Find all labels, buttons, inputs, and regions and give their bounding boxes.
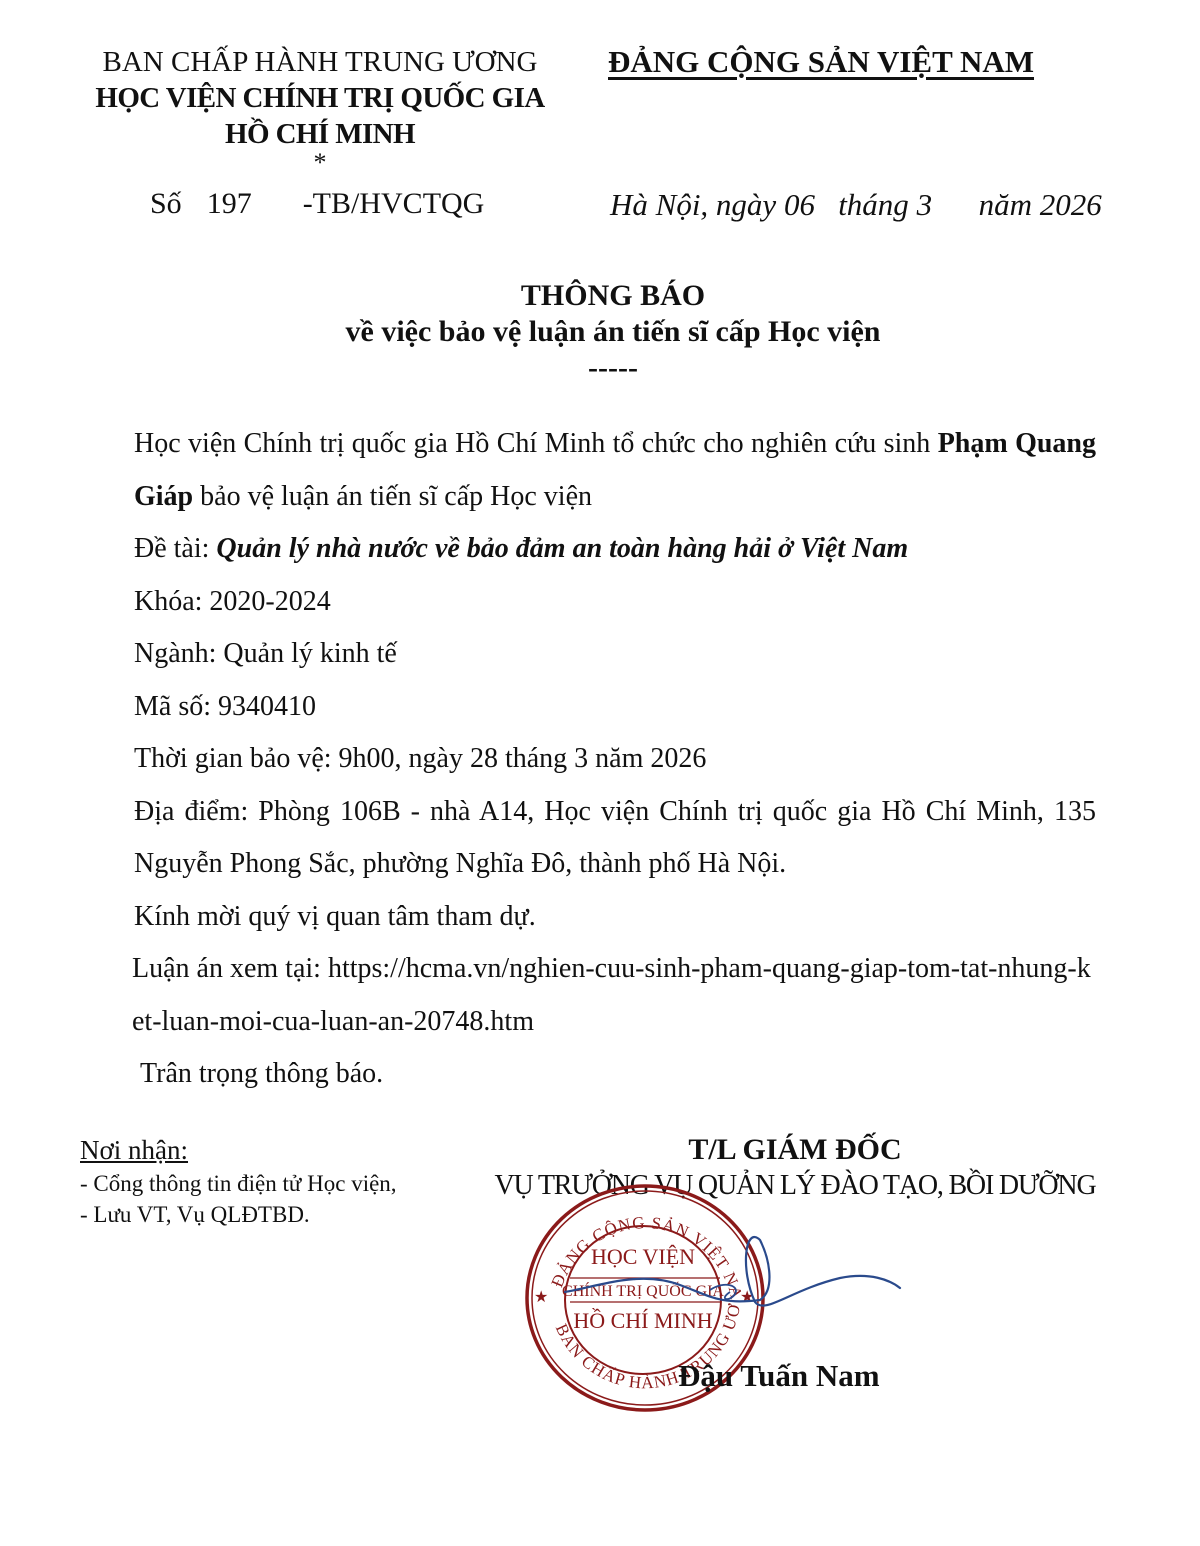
date-month: 3 <box>917 187 933 222</box>
intro-paragraph: Học viện Chính trị quốc gia Hồ Chí Minh … <box>76 418 1096 523</box>
org-parent: BAN CHẤP HÀNH TRUNG ƯƠNG <box>60 44 580 80</box>
thesis-link-paragraph: Luận án xem tại: https://hcma.vn/nghien-… <box>76 943 1096 1048</box>
recipients-block: Nơi nhận: - Cổng thông tin điện tử Học v… <box>80 1132 397 1230</box>
signer-name: Đậu Tuấn Nam <box>678 1358 880 1394</box>
doc-number-prefix: Số <box>150 187 182 221</box>
handwritten-signature-icon <box>560 1230 920 1350</box>
issue-date: Hà Nội, ngày 06 tháng 3 năm 2026 <box>610 187 1102 223</box>
course-line: Khóa: 2020-2024 <box>76 576 1096 629</box>
recipient-item: - Cổng thông tin điện tử Học viện, <box>80 1168 397 1199</box>
doc-number-value: 197 <box>207 187 252 221</box>
date-day: 06 <box>784 187 815 222</box>
document-number: Số 197 -TB/HVCTQG <box>150 187 484 221</box>
recipient-item: - Lưu VT, Vụ QLĐTBD. <box>80 1199 397 1230</box>
issuing-organization: BAN CHẤP HÀNH TRUNG ƯƠNG HỌC VIỆN CHÍNH … <box>60 44 580 174</box>
document-body: Học viện Chính trị quốc gia Hồ Chí Minh … <box>76 418 1096 1101</box>
date-year-label: năm <box>979 187 1032 222</box>
org-name-line1: HỌC VIỆN CHÍNH TRỊ QUỐC GIA <box>60 80 580 116</box>
topic-line: Đề tài: Quản lý nhà nước về bảo đảm an t… <box>76 523 1096 576</box>
location-paragraph: Địa điểm: Phòng 106B - nhà A14, Học viện… <box>76 786 1096 891</box>
document-title: THÔNG BÁO về việc bảo vệ luận án tiến sĩ… <box>0 278 1200 386</box>
date-place: Hà Nội, ngày <box>610 187 776 222</box>
party-name: ĐẢNG CỘNG SẢN VIỆT NAM <box>608 44 1034 80</box>
on-behalf-label: T/L GIÁM ĐỐC <box>470 1132 1120 1168</box>
date-year: 2026 <box>1040 187 1102 222</box>
org-name-line2: HỒ CHÍ MINH <box>60 116 580 152</box>
major-line: Ngành: Quản lý kinh tế <box>76 628 1096 681</box>
code-line: Mã số: 9340410 <box>76 681 1096 734</box>
invitation-line: Kính mời quý vị quan tâm tham dự. <box>76 891 1096 944</box>
title-subtitle: về việc bảo vệ luận án tiến sĩ cấp Học v… <box>0 314 1200 350</box>
title-divider: ----- <box>0 350 1200 386</box>
defense-time-line: Thời gian bảo vệ: 9h00, ngày 28 tháng 3 … <box>76 733 1096 786</box>
svg-text:★: ★ <box>534 1289 548 1306</box>
title-main: THÔNG BÁO <box>0 278 1200 314</box>
date-month-label: tháng <box>838 187 909 222</box>
thesis-topic: Quản lý nhà nước về bảo đảm an toàn hàng… <box>216 533 908 564</box>
closing-line: Trân trọng thông báo. <box>76 1048 1096 1101</box>
doc-number-suffix: -TB/HVCTQG <box>303 187 485 221</box>
recipients-heading: Nơi nhận: <box>80 1132 397 1168</box>
star-separator: * <box>60 152 580 174</box>
